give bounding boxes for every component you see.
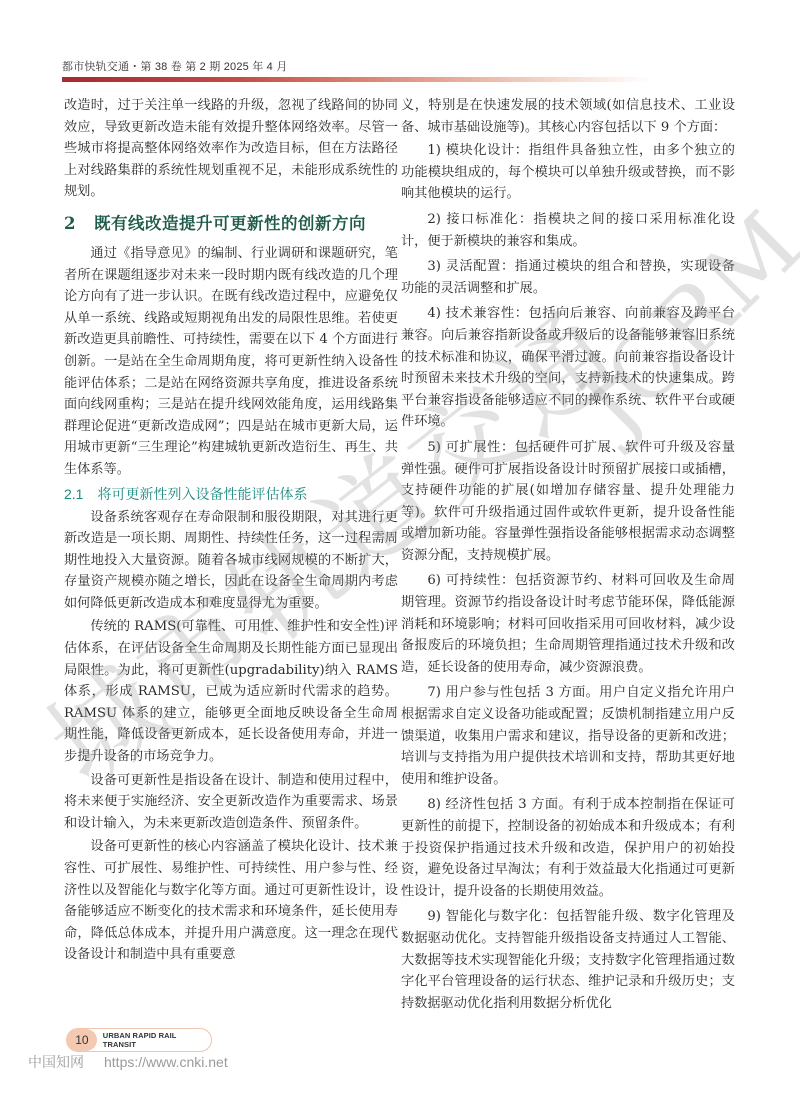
paragraph: 通过《指导意见》的编制、行业调研和课题研究，笔者所在课题组逐步对未来一段时期内既… bbox=[64, 243, 398, 481]
page-number: 10 bbox=[67, 1029, 97, 1051]
right-column: 义，特别是在快速发展的技术领域(如信息技术、工业设备、城市基础设施等)。其核心内… bbox=[401, 95, 735, 1018]
section-number: 2 bbox=[64, 214, 76, 233]
cnki-footer: 中国知网https://www.cnki.net bbox=[28, 1052, 228, 1072]
journal-name-en: URBAN RAPID RAIL TRANSIT bbox=[97, 1031, 211, 1049]
list-item: 4) 技术兼容性：包括向后兼容、向前兼容及跨平台兼容。向后兼容指新设备或升级后的… bbox=[401, 303, 735, 433]
list-item: 6) 可持续性：包括资源节约、材料可回收及生命周期管理。资源节约指设备设计时考虑… bbox=[401, 570, 735, 678]
paragraph-continued: 改造时，过于关注单一线路的升级，忽视了线路间的协同效应，导致更新改造未能有效提升… bbox=[64, 95, 398, 203]
left-column: 改造时，过于关注单一线路的升级，忽视了线路间的协同效应，导致更新改造未能有效提升… bbox=[64, 95, 398, 968]
paragraph-continued: 义，特别是在快速发展的技术领域(如信息技术、工业设备、城市基础设施等)。其核心内… bbox=[401, 95, 735, 138]
subsection-title: 将可更新性列入设备性能评估体系 bbox=[97, 486, 307, 502]
subsection-heading: 2.1将可更新性列入设备性能评估体系 bbox=[64, 483, 398, 505]
list-item: 2) 接口标准化：指模块之间的接口采用标准化设计，便于新模块的兼容和集成。 bbox=[401, 209, 735, 252]
list-item: 1) 模块化设计：指组件具备独立性，由多个独立的功能模块组成的，每个模块可以单独… bbox=[401, 140, 735, 205]
page-footer-pill: 10 URBAN RAPID RAIL TRANSIT bbox=[66, 1028, 212, 1052]
list-item: 9) 智能化与数字化：包括智能升级、数字化管理及数据驱动优化。支持智能升级指设备… bbox=[401, 906, 735, 1014]
section-heading: 2既有线改造提升可更新性的创新方向 bbox=[64, 213, 398, 235]
section-title: 既有线改造提升可更新性的创新方向 bbox=[94, 214, 366, 233]
list-item: 8) 经济性包括 3 方面。有利于成本控制指在保证可更新性的前提下，控制设备的初… bbox=[401, 794, 735, 902]
paragraph: 设备可更新性的核心内容涵盖了模块化设计、技术兼容性、可扩展性、易维护性、可持续性… bbox=[64, 836, 398, 966]
list-item: 3) 灵活配置：指通过模块的组合和替换，实现设备功能的灵活调整和扩展。 bbox=[401, 256, 735, 299]
list-item: 5) 可扩展性：包括硬件可扩展、软件可升级及容量弹性强。硬件可扩展指设备设计时预… bbox=[401, 437, 735, 567]
cnki-label: 中国知网 bbox=[28, 1054, 84, 1070]
header-rule bbox=[62, 77, 652, 82]
paragraph: 设备系统客观存在寿命限制和服役期限，对其进行更新改造是一项长期、周期性、持续性任… bbox=[64, 507, 398, 615]
running-header: 都市快轨交通・第 38 卷 第 2 期 2025 年 4 月 bbox=[62, 58, 287, 74]
subsection-number: 2.1 bbox=[64, 486, 83, 502]
cnki-url[interactable]: https://www.cnki.net bbox=[104, 1054, 228, 1070]
list-item: 7) 用户参与性包括 3 方面。用户自定义指允许用户根据需求自定义设备功能或配置… bbox=[401, 682, 735, 790]
paragraph: 设备可更新性是指设备在设计、制造和使用过程中，将未来便于实施经济、安全更新改造作… bbox=[64, 770, 398, 835]
paragraph: 传统的 RAMS(可靠性、可用性、维护性和安全性)评估体系，在评估设备全生命周期… bbox=[64, 616, 398, 767]
